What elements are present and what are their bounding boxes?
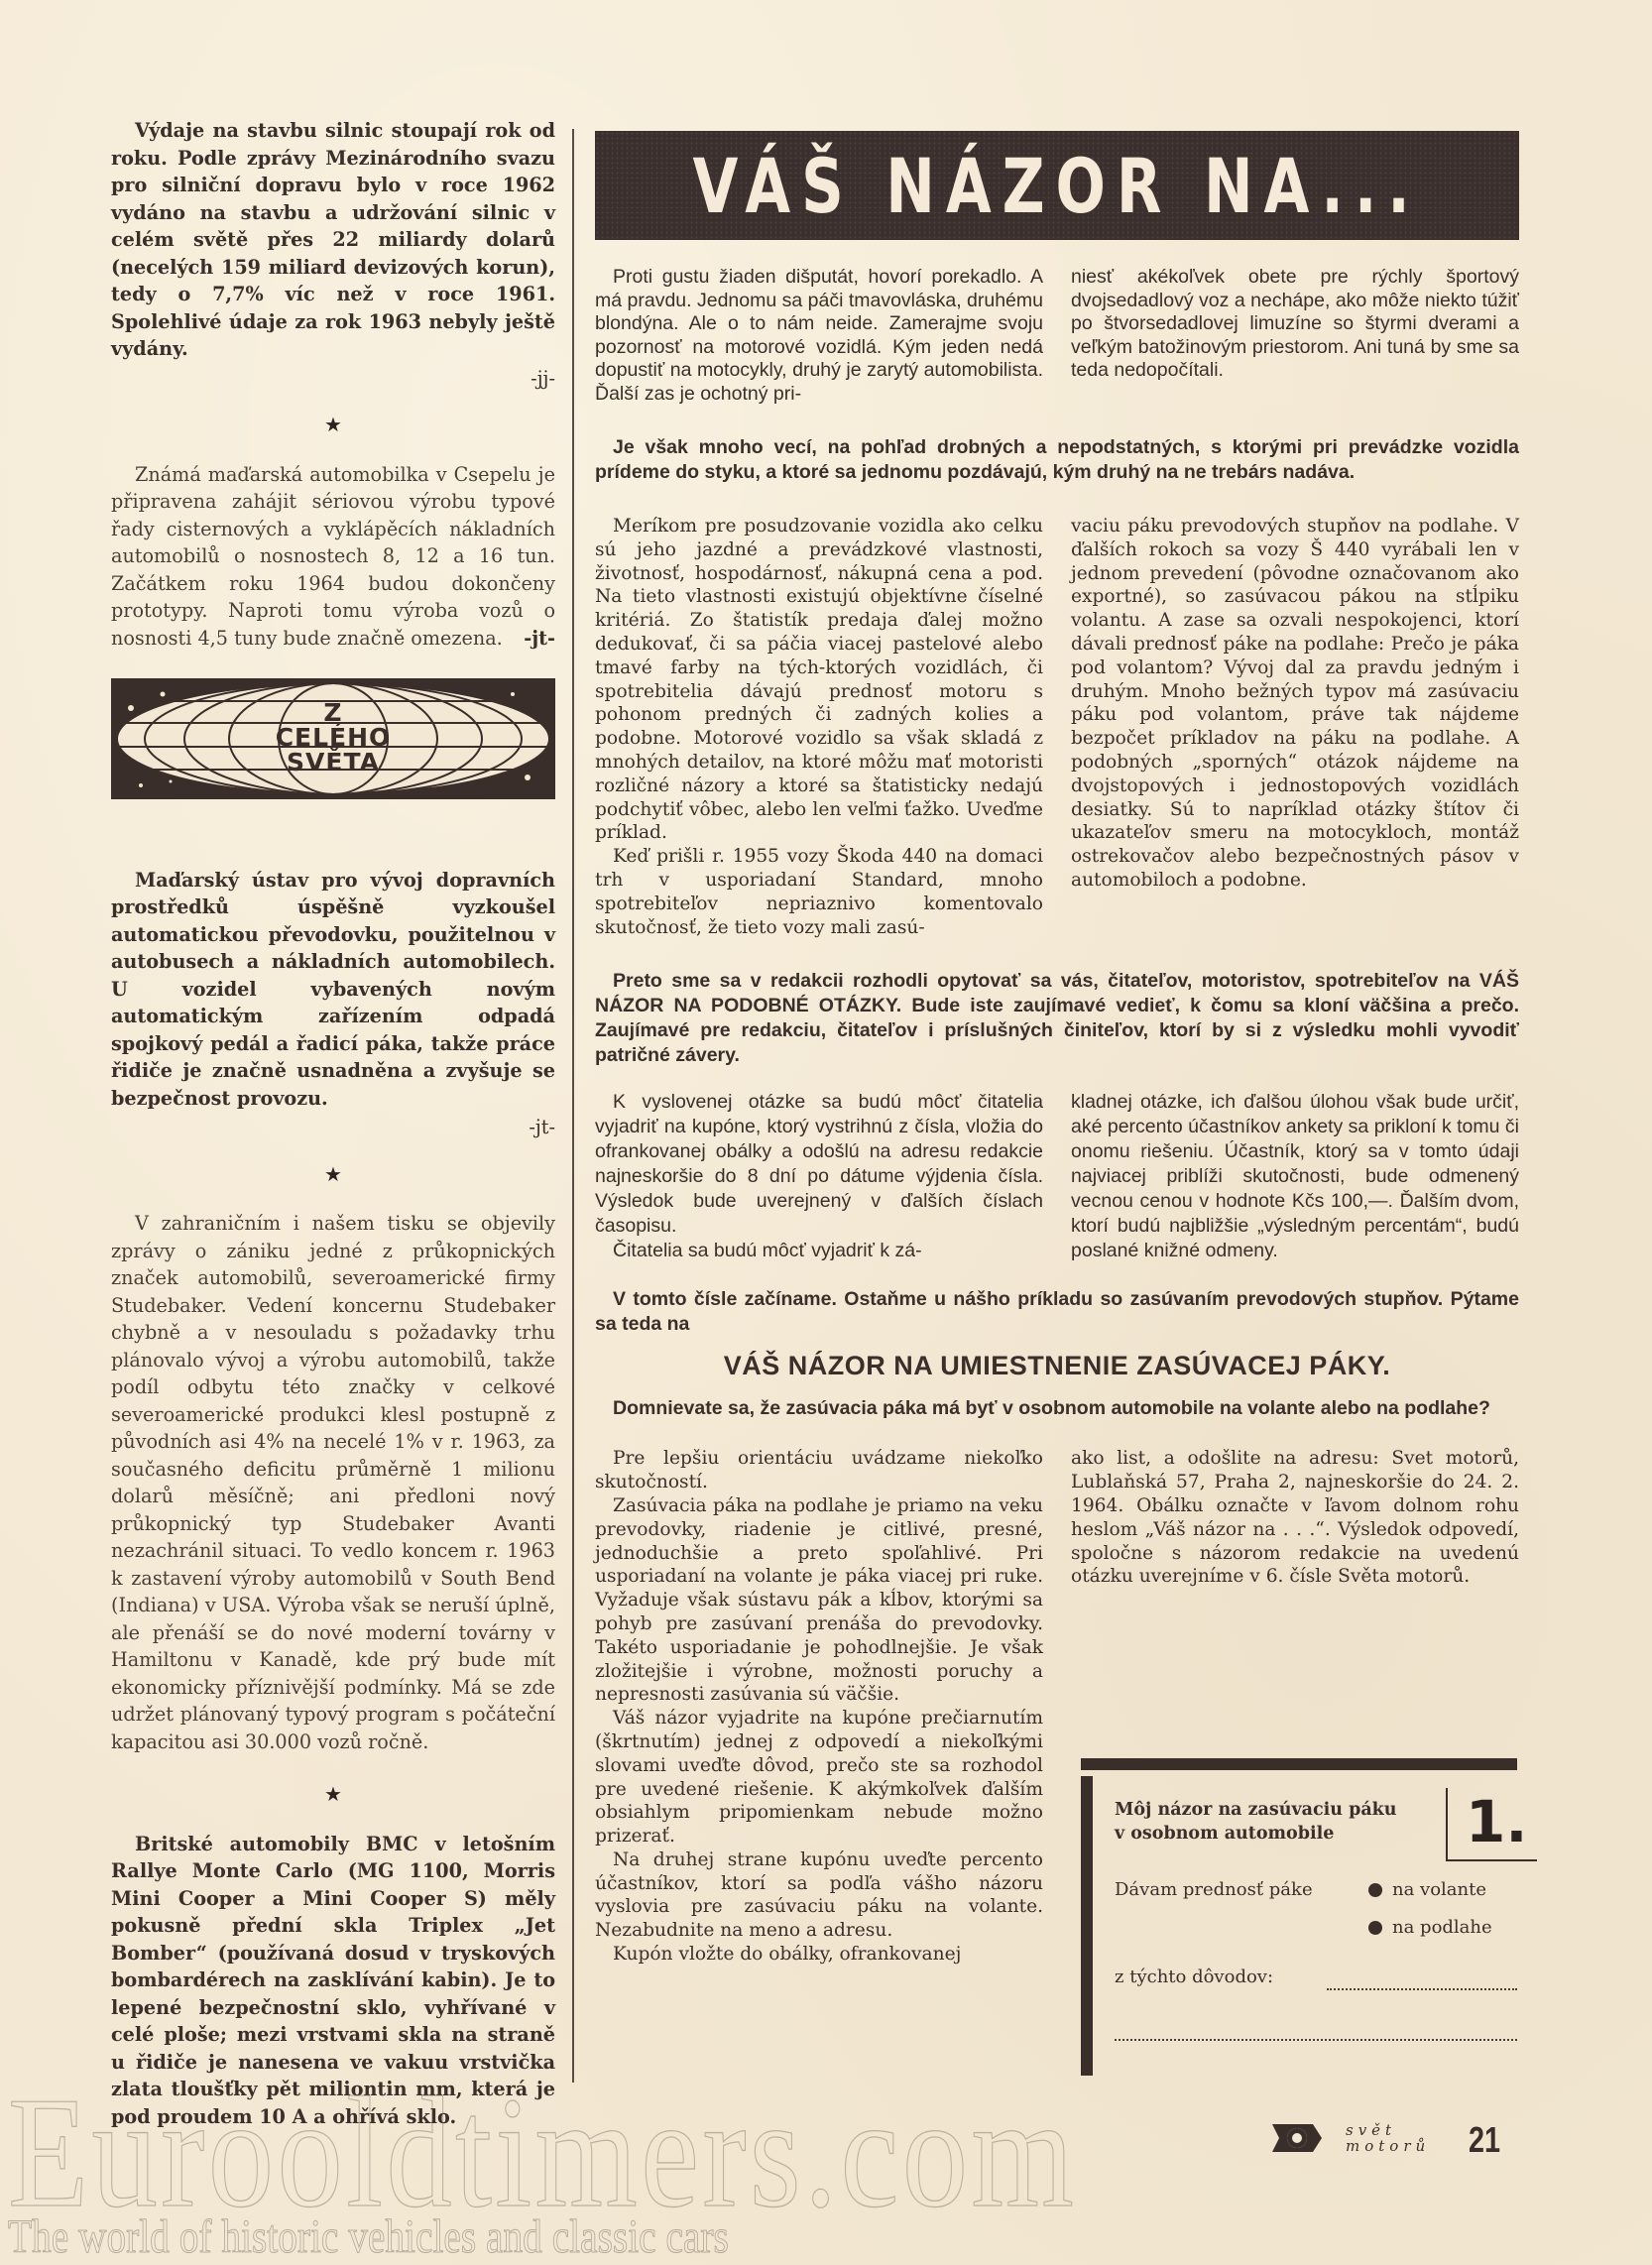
- coupon-number-box: 1.: [1446, 1788, 1537, 1861]
- body3-p1: Pre lepšiu orientáciu uvádzame niekoľko …: [595, 1447, 1043, 1494]
- body3-p4: Na druhej strane kupónu uveďte percento …: [595, 1848, 1043, 1943]
- signature: -jj-: [111, 365, 555, 393]
- magazine-page: Výdaje na stavbu silnic stoupají rok od …: [0, 0, 1652, 2265]
- logo-line: SVĚTA: [111, 750, 555, 775]
- intro-left: Proti gustu žiaden dišputát, hovorí pore…: [595, 266, 1043, 406]
- body2-left: K vyslovenej otázke sa budú môcť čitatel…: [595, 1090, 1043, 1239]
- reasons-input-line-2[interactable]: [1115, 2039, 1517, 2041]
- option-wheel[interactable]: na volante: [1368, 1879, 1486, 1900]
- reasons-input-line-1[interactable]: [1327, 1988, 1517, 1990]
- logo-line: Z: [111, 700, 555, 725]
- body3-p2: Zasúvacia páka na podlahe je priamo na v…: [595, 1494, 1043, 1707]
- intro-right: niesť akékoľvek obete pre rýchly športov…: [1071, 266, 1519, 383]
- magazine-logo: svět motorů: [1272, 2122, 1430, 2154]
- option-floor-label: na podlahe: [1392, 1917, 1492, 1938]
- body3-p5: Kupón vložte do obálky, ofrankovanej: [595, 1943, 1043, 1967]
- lead-paragraph-1: Je však mnoho vecí, na pohľad drobných a…: [595, 435, 1519, 485]
- question-text: Domnievate sa, že zasúvacia páka má byť …: [595, 1395, 1519, 1421]
- news-item-road-costs: Výdaje na stavbu silnic stoupají rok od …: [111, 117, 555, 392]
- star-separator: ★: [111, 412, 555, 439]
- column-divider: [572, 129, 574, 2083]
- news-text: Výdaje na stavbu silnic stoupají rok od …: [111, 117, 555, 363]
- news-text: Známá maďarská automobilka v Csepelu je …: [111, 461, 555, 653]
- watermark-tagline: The world of historic vehicles and class…: [8, 2209, 729, 2264]
- magazine-name-line2: motorů: [1346, 2138, 1430, 2154]
- article-vas-nazor: VÁŠ NÁZOR NA... Proti gustu žiaden dišpu…: [595, 131, 1519, 1967]
- question-heading: VÁŠ NÁZOR NA UMIESTNENIE ZASÚVACEJ PÁKY.: [595, 1351, 1519, 1381]
- news-item-hungarian-gearbox: Maďarský ústav pro vývoj dopravních pros…: [111, 867, 555, 1141]
- lead-paragraph-2: Preto sme sa v redakcii rozhodli opytova…: [595, 969, 1519, 1068]
- magazine-name: svět motorů: [1346, 2122, 1430, 2154]
- body2-right: kladnej otázke, ich ďalšou úlohou však b…: [1071, 1090, 1519, 1263]
- body-left: Meríkom pre posudzovanie vozidla ako cel…: [595, 515, 1043, 845]
- intro-columns: Proti gustu žiaden dišputát, hovorí pore…: [595, 266, 1519, 406]
- star-separator: ★: [111, 1161, 555, 1189]
- coupon-title: Môj názor na zasúvaciu páku v osobnom au…: [1115, 1798, 1412, 1846]
- body3-p3: Váš názor vyjadrite na kupóne prečiarnut…: [595, 1707, 1043, 1848]
- news-text: Maďarský ústav pro vývoj dopravních pros…: [111, 867, 555, 1113]
- body-right: vaciu páku prevodových stupňov na podlah…: [1071, 515, 1519, 893]
- option-floor[interactable]: na podlahe: [1368, 1917, 1492, 1938]
- reasons-label: z týchto dôvodov:: [1115, 1967, 1273, 1987]
- section-logo-text: Z CELÉHO SVĚTA: [111, 700, 555, 775]
- preference-row: Dávam prednosť páke: [1115, 1879, 1313, 1900]
- page-number: 21: [1469, 2119, 1500, 2161]
- news-text: V zahraničním i našem tisku se objevily …: [111, 1210, 555, 1755]
- preference-label: Dávam prednosť páke: [1115, 1879, 1313, 1900]
- news-column: Výdaje na stavbu silnic stoupají rok od …: [111, 117, 555, 2130]
- coupon-number: 1.: [1466, 1790, 1527, 1853]
- magazine-name-line1: svět: [1346, 2122, 1430, 2138]
- watermark-site: Eurooldtimers.com: [8, 2073, 1077, 2231]
- signature: -jt-: [111, 1114, 555, 1141]
- radio-bullet-icon[interactable]: [1368, 1883, 1382, 1897]
- lead-paragraph-3: V tomto čísle začíname. Ostaňme u nášho …: [595, 1287, 1519, 1337]
- radio-bullet-icon[interactable]: [1368, 1921, 1382, 1935]
- article-banner: VÁŠ NÁZOR NA...: [595, 131, 1519, 240]
- body2-left-p2: Čitatelia sa budú môcť vyjadriť k zá-: [595, 1239, 1043, 1263]
- body-columns-1: Meríkom pre posudzovanie vozidla ako cel…: [595, 515, 1519, 939]
- coupon-border-top: [1081, 1758, 1517, 1770]
- body3-right: ako list, a odošlite na adresu: Svet mot…: [1071, 1447, 1519, 1589]
- star-separator: ★: [111, 1781, 555, 1809]
- body-columns-2: K vyslovenej otázke sa budú môcť čitatel…: [595, 1090, 1519, 1263]
- option-wheel-label: na volante: [1392, 1879, 1486, 1900]
- news-item-studebaker: V zahraničním i našem tisku se objevily …: [111, 1210, 555, 1755]
- svet-motoru-logo-icon: [1272, 2124, 1322, 2152]
- body-left-p2: Keď prišli r. 1955 vozy Škoda 440 na dom…: [595, 845, 1043, 939]
- z-celeho-sveta-logo: Z CELÉHO SVĚTA: [111, 678, 555, 799]
- coupon-border-left: [1081, 1776, 1093, 2076]
- opinion-coupon[interactable]: Môj názor na zasúvaciu páku v osobnom au…: [1081, 1758, 1527, 2076]
- news-item-csepel: Známá maďarská automobilka v Csepelu je …: [111, 461, 555, 653]
- logo-line: CELÉHO: [111, 725, 555, 750]
- article-title: VÁŠ NÁZOR NA...: [693, 142, 1421, 230]
